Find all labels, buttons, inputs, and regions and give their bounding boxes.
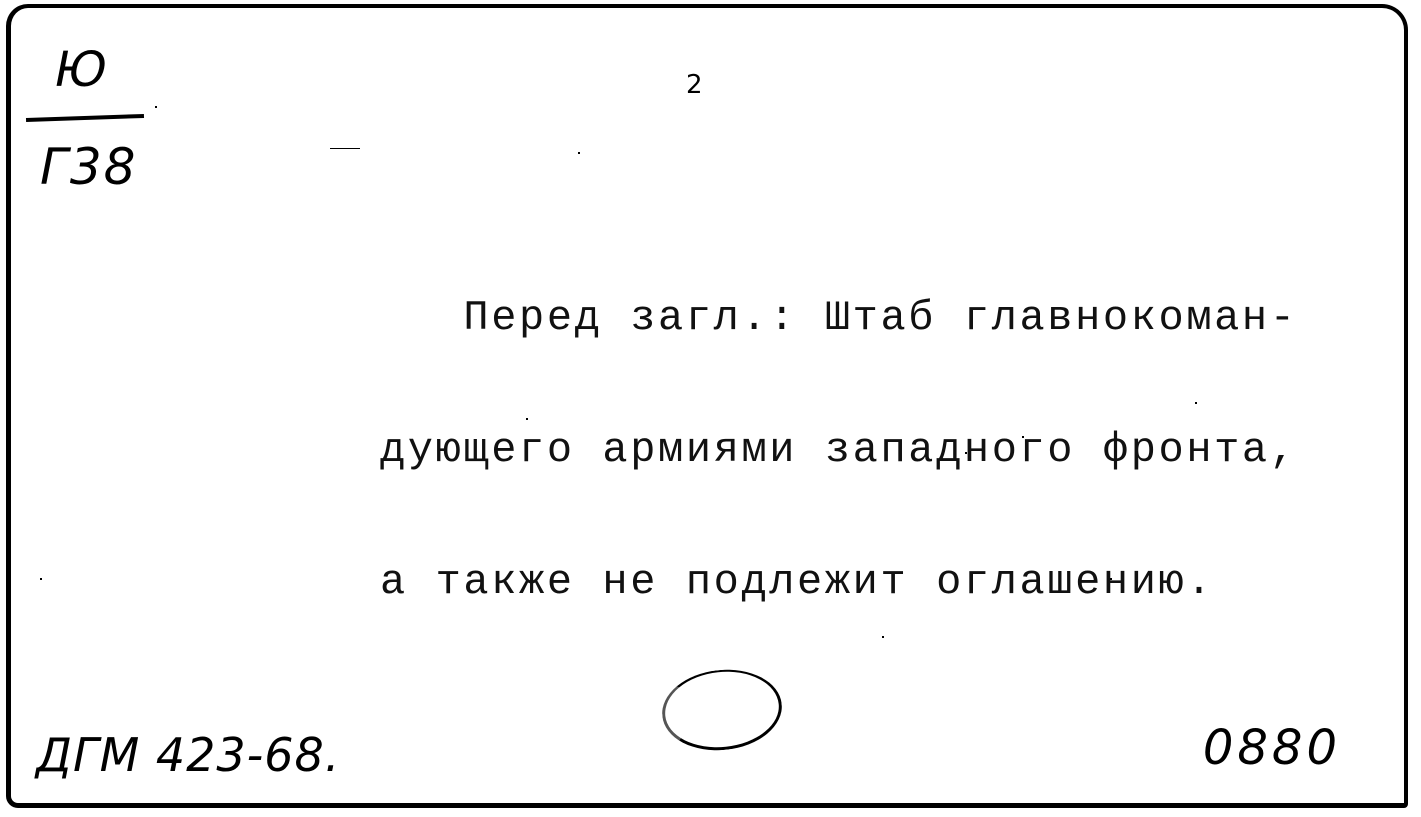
scan-speck bbox=[1022, 436, 1024, 438]
inventory-number: ДГМ 423-68. bbox=[36, 728, 340, 782]
card-number: 0880 bbox=[1203, 720, 1341, 776]
shelf-mark-top: Ю bbox=[55, 42, 108, 98]
page-mark: 2 bbox=[686, 70, 703, 100]
note-line: а также не подлежит оглашению. bbox=[380, 560, 1298, 604]
scan-speck bbox=[1110, 578, 1112, 580]
scan-speck bbox=[155, 106, 157, 108]
note-line: дующего армиями западного фронта, bbox=[380, 428, 1298, 472]
scan-speck bbox=[330, 148, 360, 149]
scan-speck bbox=[40, 578, 42, 580]
scan-speck bbox=[882, 636, 884, 638]
scan-speck bbox=[578, 152, 580, 154]
typed-note: Перед загл.: Штаб главнокоман- дующего а… bbox=[380, 208, 1298, 648]
note-line: Перед загл.: Штаб главнокоман- bbox=[380, 296, 1298, 340]
scan-speck bbox=[1195, 402, 1197, 404]
scan-speck bbox=[526, 418, 528, 420]
shelf-mark-bottom: Г38 bbox=[40, 138, 137, 196]
scan-speck bbox=[965, 452, 967, 454]
